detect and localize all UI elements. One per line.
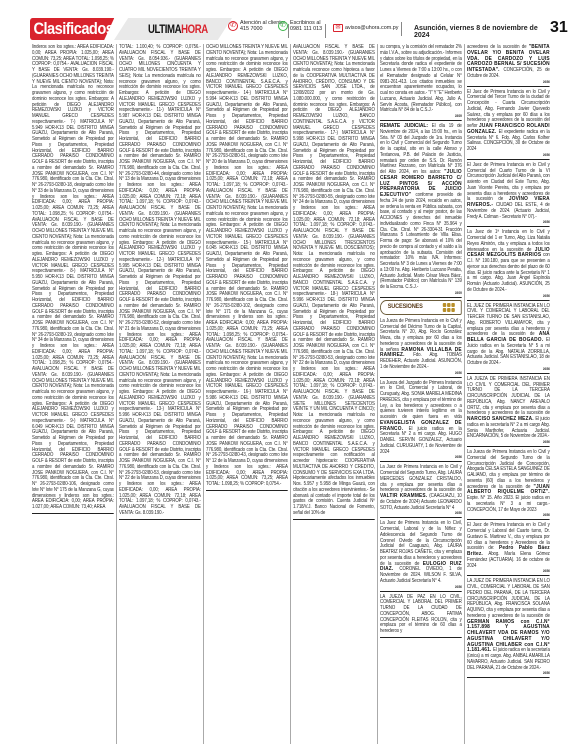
- legal-notice: La Juez de Primera Instancia en lo Civil…: [380, 464, 462, 518]
- newspaper-logo: ULTIMAHORA: [148, 22, 208, 36]
- column-3: OCHO MILLONES TREINTA Y NUEVE MIL CIENTO…: [204, 44, 291, 744]
- notice-ref: 28/05: [380, 114, 462, 118]
- notice-ref: 26/56: [467, 569, 550, 573]
- notice-text: TOTAL: 1.100,40; % COPROP: 0,0756.- AVAL…: [119, 44, 201, 516]
- notice-ref: 26/56: [467, 671, 550, 675]
- notice-ref: 26/56: [467, 440, 550, 444]
- notice-text: La Jueza del Juzgado de Primera Instanci…: [380, 380, 462, 421]
- notice-ref: 26/56: [380, 371, 462, 375]
- notice-text: linderos son los sgtes.: AREA EDIFICADA:…: [32, 44, 114, 510]
- notice-text: OCHO MILLONES TREINTA Y NUEVE MIL CIENTO…: [206, 44, 288, 487]
- page-number: 31: [550, 19, 568, 37]
- notice-ref: 26/56: [467, 220, 550, 224]
- contact-phone: ✆ Atención al cliente:415 7000: [228, 20, 285, 32]
- notice-text-end: con C.I. N° 190.180, para que se present…: [467, 252, 550, 293]
- notice-ref: 26/56: [380, 455, 462, 459]
- phone-icon: ✆: [228, 21, 238, 31]
- legal-notice: linderos son los sgtes.: AREA EDIFICADA:…: [32, 44, 114, 514]
- column-4: AVALUACION FISCAL Y BASE DE VENTA: Gs. 8…: [291, 44, 378, 744]
- legal-notice: su compra, y la comisión del rematador 2…: [380, 44, 462, 121]
- notice-ref: 26/56: [380, 511, 462, 515]
- notice-text: AVALUACION FISCAL Y BASE DE VENTA: Gs. 8…: [293, 44, 375, 516]
- issue-date: Asunción, viernes 8 de noviembre de 2024: [414, 25, 552, 39]
- legal-notice: OCHO MILLONES TREINTA Y NUEVE MIL CIENTO…: [206, 44, 288, 491]
- whatsapp-icon: ✆: [278, 21, 288, 31]
- notice-ref: 26/56: [467, 294, 550, 298]
- legal-notice: AVALUACION FISCAL Y BASE DE VENTA: Gs. 8…: [293, 44, 375, 520]
- page-header: Clasificados ULTIMAHORA ✆ Atención al cl…: [30, 18, 552, 40]
- classifieds-columns: linderos son los sgtes.: AREA EDIFICADA:…: [30, 44, 552, 744]
- column-5: su compra, y la comisión del rematador 2…: [378, 44, 465, 744]
- column-6: acreedores de la sucesión de "BENITA OVE…: [465, 44, 552, 744]
- legal-notice: REMATE JUDICIAL: El día 19 de Noviembre …: [380, 123, 462, 298]
- notice-ref: 26/56: [467, 153, 550, 157]
- notice-ref: 28/05: [380, 291, 462, 295]
- envelope-icon: ✉: [333, 24, 343, 32]
- legal-notice: La Juez de Primera Instancia en lo Civil…: [380, 520, 462, 591]
- notice-text: LA JUEZA DE PRIMERA INSTANCIA EN LO CIVI…: [467, 376, 550, 417]
- legal-notice: acreedores de la sucesión de "BENITA OVE…: [467, 44, 550, 87]
- notice-text: La Juez de Primera Instancia en lo Civil…: [380, 464, 462, 493]
- notice-text-end: conforme proveído de fecha 24 de junio 2…: [380, 192, 462, 290]
- legal-notice: La Jueza de Primera Instancia en lo Civi…: [467, 449, 550, 520]
- legal-notice: LA JUEZA DE PAZ EN LO CIVIL, COMERCIAL Y…: [380, 594, 462, 638]
- legal-notice: El Juez de Primera Instancia en lo Civil…: [467, 89, 550, 160]
- column-2: TOTAL: 1.100,40; % COPROP: 0,0756.- AVAL…: [117, 44, 204, 744]
- column-1: linderos son los sgtes.: AREA EDIFICADA:…: [30, 44, 117, 744]
- contact-email: ✉ avisos@uhora.com.py: [333, 24, 398, 32]
- legal-notice: La Juez de 1ª Instancia en lo Civil y Co…: [467, 229, 550, 300]
- legal-notice: TOTAL: 1.100,40; % COPROP: 0,0756.- AVAL…: [119, 44, 201, 520]
- section-header-sucesiones: SUCESIONES: [380, 300, 462, 315]
- notice-ref: 26/56: [467, 80, 550, 84]
- notice-text: EL JUEZ DE PRIMERA INSTANCIA EN LO CIVIL…: [467, 303, 550, 338]
- legal-notice: LA JUEZ DE PRIMERA INSTANCIA EN LO CIVIL…: [467, 578, 550, 678]
- section-title: Clasificados: [30, 18, 114, 40]
- notice-text: LA JUEZ DE PRIMERA INSTANCIA EN LO CIVIL…: [467, 578, 550, 619]
- people-group-icon: [442, 303, 456, 313]
- legal-notice: El Juez de Primera Instancia en lo Civil…: [467, 162, 550, 228]
- legal-notice: LA JUEZA DE PRIMERA INSTANCIA EN LO CIVI…: [467, 376, 550, 447]
- notice-ref: 26/56: [380, 585, 462, 589]
- contact-whatsapp: ✆ Escribinos al0981 111 013: [278, 20, 322, 32]
- notice-text: El día 19 de Noviembre de 2024, a las 15…: [380, 123, 462, 175]
- notice-text: LA JUEZA DE PAZ EN LO CIVIL, COMERCIAL Y…: [380, 594, 462, 635]
- legal-notice: La Jueza del Juzgado de Primera Instanci…: [380, 380, 462, 463]
- notice-ref: 26/56: [467, 513, 550, 517]
- legal-notice: El Juez de Primera Instancia en lo Civil…: [467, 522, 550, 576]
- notice-text: su compra, y la comisión del rematador 2…: [380, 44, 462, 113]
- notice-text-end: Expte. N° 15. Año 2023. El juicio radica…: [467, 495, 550, 513]
- notice-ref: 26/56: [467, 367, 550, 371]
- legal-notice: La Jueza de Primera Instancia en lo Civi…: [380, 318, 462, 378]
- legal-notice: EL JUEZ DE PRIMERA INSTANCIA EN LO CIVIL…: [467, 303, 550, 374]
